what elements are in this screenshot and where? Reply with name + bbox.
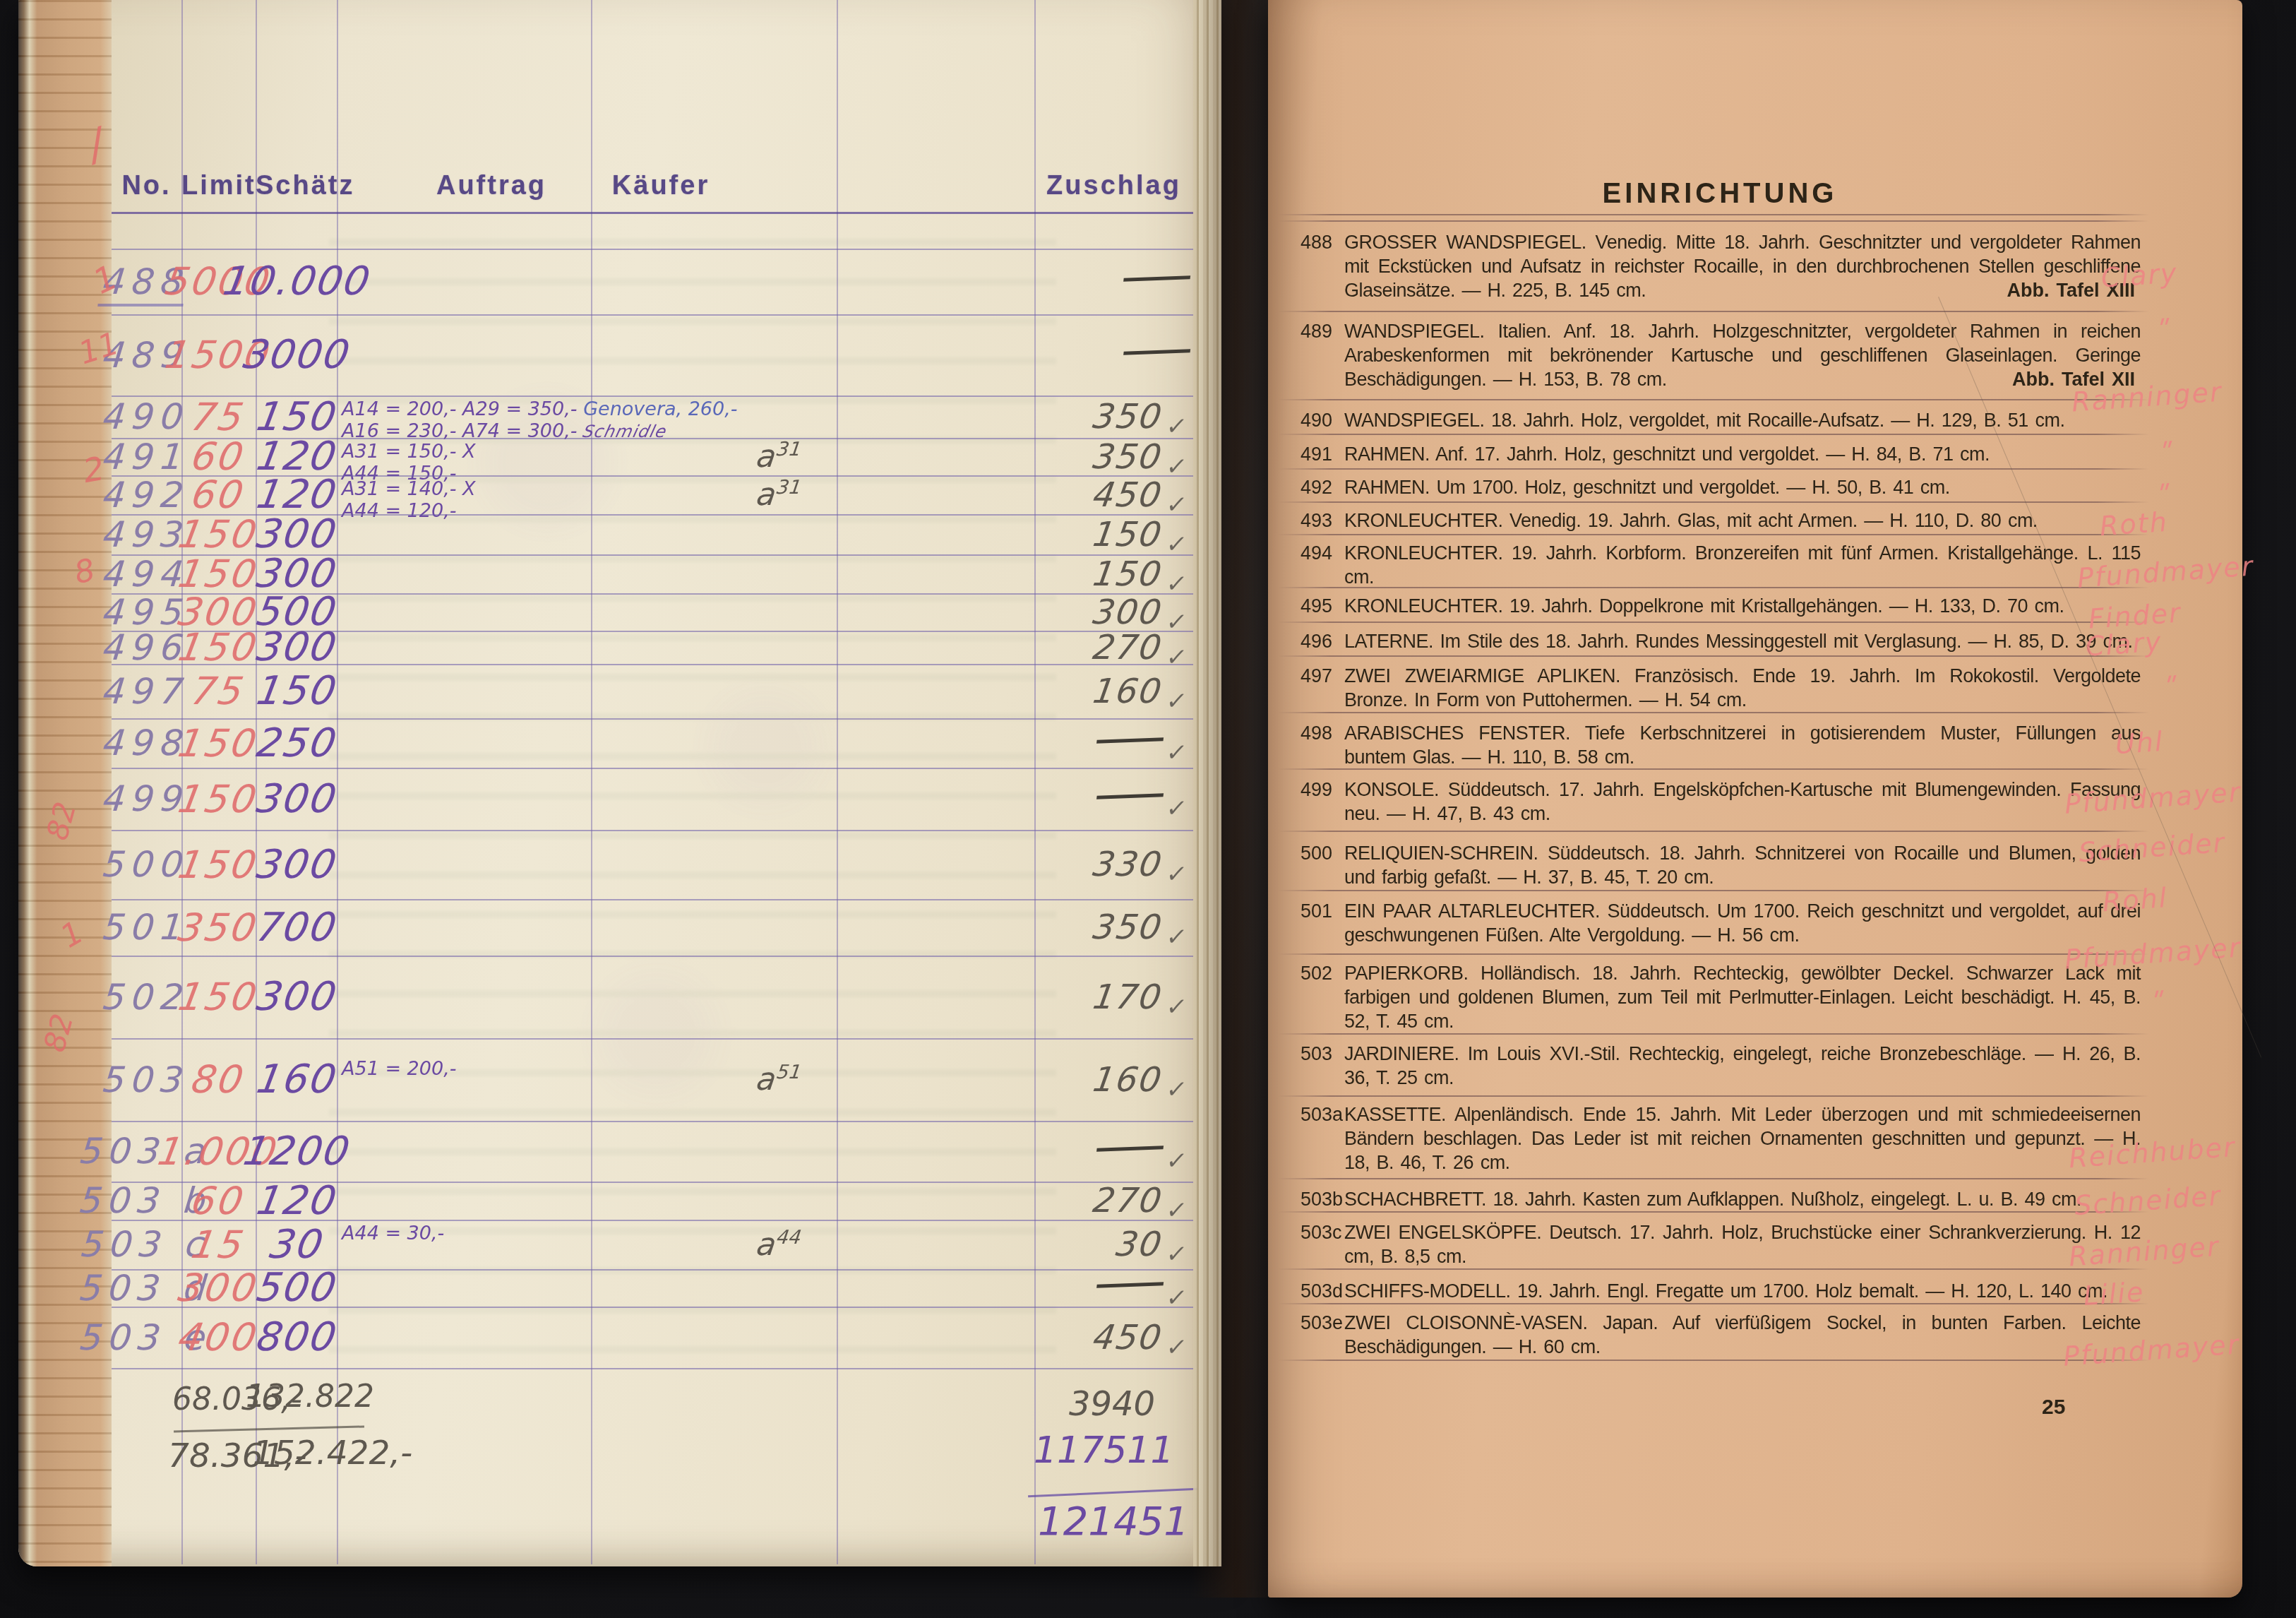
hammer-price: 450✓ bbox=[1046, 475, 1193, 514]
entry-lot-number: 498 bbox=[1301, 721, 1332, 745]
entry-rule bbox=[1278, 434, 2149, 435]
column-header-kufer: Käufer bbox=[583, 171, 739, 201]
estimate-value: 30 bbox=[251, 1220, 343, 1269]
estimate-value: 300 bbox=[249, 830, 345, 899]
limit-value: 350 bbox=[177, 899, 261, 956]
limit-value: 150 bbox=[176, 768, 261, 830]
ledger-row-line bbox=[112, 1368, 1193, 1369]
entry-lot-number: 503a bbox=[1301, 1102, 1343, 1126]
estimate-value: 300 bbox=[250, 768, 345, 830]
catalog-entry: 503cZWEI ENGELSKÖPFE. Deutsch. 17. Jahrh… bbox=[1299, 1220, 2141, 1268]
totals-rule bbox=[174, 1425, 364, 1432]
hammer-price: 270✓ bbox=[1046, 1182, 1193, 1220]
entry-description: KASSETTE. Alpenländisch. Ende 15. Jahrh.… bbox=[1344, 1104, 2141, 1173]
entry-rule bbox=[1278, 534, 2149, 535]
lot-number: 491 bbox=[109, 438, 184, 475]
entry-rule bbox=[1278, 890, 2149, 891]
entry-lot-number: 503b bbox=[1301, 1187, 1343, 1211]
hammer-price: 150✓ bbox=[1046, 554, 1193, 593]
hammer-price: 150✓ bbox=[1045, 514, 1192, 554]
limit-value: 150 bbox=[179, 631, 258, 664]
hammer-price bbox=[1044, 249, 1195, 314]
lot-number: 492 bbox=[109, 475, 184, 514]
no-sale-dash bbox=[1096, 1146, 1164, 1151]
check-mark: ✓ bbox=[1164, 739, 1190, 767]
entry-rule bbox=[1278, 399, 2149, 400]
no-sale-dash bbox=[1123, 275, 1190, 281]
column-total: 132.822 bbox=[246, 1379, 374, 1415]
estimate-value: 10.000 bbox=[250, 249, 345, 314]
entry-description: RAHMEN. Anf. 17. Jahrh. Holz, geschnitzt… bbox=[1344, 444, 1990, 465]
entry-description: SCHACHBRETT. 18. Jahrh. Kasten zum Aufkl… bbox=[1344, 1189, 2081, 1210]
entry-rule bbox=[1278, 1303, 2149, 1304]
zuschlag-total: 3940 bbox=[1069, 1384, 1155, 1424]
buyer-code: a51 bbox=[727, 1038, 830, 1121]
limit-value: 150 bbox=[178, 514, 259, 554]
entry-rule bbox=[1278, 587, 2149, 588]
estimate-value: 3000 bbox=[249, 314, 346, 395]
hammer-price: ✓ bbox=[1044, 1121, 1195, 1182]
buyer-margin-note: ʺ bbox=[2158, 437, 2174, 469]
check-mark: ✓ bbox=[1164, 1240, 1190, 1268]
entry-lot-number: 495 bbox=[1301, 594, 1332, 618]
lot-number: 503 bbox=[107, 1038, 186, 1121]
margin-mark: 8 bbox=[71, 552, 98, 592]
ledger-header-line bbox=[112, 212, 1193, 214]
entry-description: SCHIFFS-MODELL. 19. Jahrh. Engl. Fregatt… bbox=[1344, 1280, 2107, 1302]
entry-lot-number: 496 bbox=[1301, 629, 1332, 653]
lot-number: 503 e bbox=[108, 1307, 184, 1368]
check-mark: ✓ bbox=[1164, 993, 1190, 1021]
zuschlag-total: 117511 bbox=[1034, 1429, 1174, 1472]
check-mark: ✓ bbox=[1164, 1333, 1190, 1362]
entry-lot-number: 503d bbox=[1301, 1279, 1343, 1303]
hammer-price bbox=[1042, 314, 1196, 395]
entry-description: RAHMEN. Um 1700. Holz, geschnitzt und ve… bbox=[1344, 477, 1950, 498]
title-rule bbox=[1278, 220, 2149, 222]
auftrag-segment: Genovera, 260,- bbox=[578, 398, 738, 420]
right-page: EINRICHTUNG 488GROSSER WANDSPIEGEL. Vene… bbox=[1268, 0, 2242, 1598]
catalog-entry: 490WANDSPIEGEL. 18. Jahrh. Holz, vergold… bbox=[1299, 408, 2141, 432]
entry-lot-number: 499 bbox=[1301, 778, 1332, 802]
bid-order-notes: A44 = 30,- bbox=[342, 1223, 444, 1244]
limit-value: 300 bbox=[178, 1269, 258, 1307]
catalog-entry: 497ZWEI ZWEIARMIGE APLIKEN. Französisch.… bbox=[1299, 664, 2141, 712]
hammer-price: ✓ bbox=[1044, 768, 1195, 830]
entry-description: ZWEI CLOISONNÈ-VASEN. Japan. Auf vierfüß… bbox=[1344, 1312, 2141, 1357]
limit-value: 150 bbox=[174, 956, 263, 1038]
hammer-price: 300✓ bbox=[1046, 593, 1192, 631]
hammer-price: 350✓ bbox=[1045, 395, 1193, 438]
hammer-price: ✓ bbox=[1044, 718, 1193, 768]
catalog-entry: 503bSCHACHBRETT. 18. Jahrh. Kasten zum A… bbox=[1299, 1187, 2141, 1211]
entry-lot-number: 503c bbox=[1301, 1220, 1342, 1244]
limit-value: 80 bbox=[174, 1038, 263, 1121]
check-mark: ✓ bbox=[1164, 412, 1190, 441]
left-page: No.LimitSchätzAuftragKäuferZuschlag48850… bbox=[18, 0, 1221, 1566]
entry-lot-number: 503e bbox=[1301, 1311, 1343, 1335]
buyer-margin-note: Roth bbox=[2099, 506, 2169, 542]
no-sale-dash bbox=[1096, 737, 1164, 743]
ledger-column-line bbox=[1034, 0, 1036, 1564]
margin-mark: 82 bbox=[37, 1010, 80, 1055]
margin-mark: 82 bbox=[40, 798, 83, 843]
lot-number: 499 bbox=[108, 768, 184, 830]
catalog-entry: 499KONSOLE. Süddeutsch. 17. Jahrh. Engel… bbox=[1299, 778, 2141, 826]
entry-description: ZWEI ZWEIARMIGE APLIKEN. Französisch. En… bbox=[1344, 665, 2141, 710]
entry-lot-number: 494 bbox=[1301, 541, 1332, 565]
estimate-value: 250 bbox=[251, 718, 343, 768]
catalog-entry: 494KRONLEUCHTER. 19. Jahrh. Korbform. Br… bbox=[1299, 541, 2141, 589]
lot-number: 495 bbox=[109, 593, 184, 631]
lot-number: 500 bbox=[108, 830, 185, 899]
lot-number: 494 bbox=[109, 554, 184, 593]
buyer-code: a31 bbox=[730, 475, 827, 514]
entry-lot-number: 502 bbox=[1301, 961, 1332, 985]
zuschlag-totals-rule bbox=[1028, 1488, 1197, 1497]
buyer-code: a44 bbox=[729, 1220, 828, 1269]
entry-description: PAPIERKORB. Holländisch. 18. Jahrh. Rech… bbox=[1344, 963, 2141, 1032]
check-mark: ✓ bbox=[1164, 795, 1190, 823]
estimate-value: 300 bbox=[253, 631, 342, 664]
hammer-price: 330✓ bbox=[1043, 830, 1195, 899]
entry-description: ZWEI ENGELSKÖPFE. Deutsch. 17. Jahrh. Ho… bbox=[1344, 1222, 2141, 1267]
entry-rule bbox=[1278, 831, 2149, 832]
column-header-schtz: Schätz bbox=[256, 171, 337, 201]
buyer-margin-note: ʺ bbox=[2162, 672, 2178, 703]
buyer-code: a31 bbox=[730, 438, 827, 475]
buyer-margin-note: Lilie bbox=[2083, 1276, 2146, 1311]
entry-description: LATERNE. Im Stile des 18. Jahrh. Rundes … bbox=[1344, 631, 2132, 652]
zuschlag-total: 121451 bbox=[1038, 1499, 1189, 1545]
entry-lot-number: 497 bbox=[1301, 664, 1332, 688]
check-mark: ✓ bbox=[1164, 1147, 1190, 1175]
auftrag-segment: A44 = 30,- bbox=[342, 1223, 444, 1244]
buyer-margin-note: ʺ bbox=[2149, 987, 2165, 1018]
check-mark: ✓ bbox=[1164, 1076, 1190, 1104]
entry-rule bbox=[1278, 311, 2149, 312]
entry-rule bbox=[1278, 1033, 2149, 1035]
limit-value: 15 bbox=[177, 1220, 260, 1269]
ledger-column-line bbox=[837, 0, 838, 1564]
buyer-margin-note: Schneider bbox=[2074, 1180, 2223, 1221]
hammer-price: 160✓ bbox=[1042, 1038, 1197, 1121]
entry-rule bbox=[1278, 1211, 2149, 1213]
catalog-entry: 503dSCHIFFS-MODELL. 19. Jahrh. Engl. Fre… bbox=[1299, 1279, 2141, 1303]
column-header-limit: Limit bbox=[181, 171, 256, 201]
column-header-zuschlag: Zuschlag bbox=[1034, 171, 1193, 201]
limit-value: 60 bbox=[178, 475, 259, 514]
hammer-price: 350✓ bbox=[1044, 899, 1195, 956]
lot-number: 503 d bbox=[109, 1269, 184, 1307]
lot-number: 497 bbox=[109, 664, 184, 718]
limit-value: 150 bbox=[178, 554, 259, 593]
buyer-margin-note: Clary bbox=[2085, 626, 2163, 662]
entry-rule bbox=[1278, 768, 2149, 770]
entry-description: WANDSPIEGEL. 18. Jahrh. Holz, vergoldet,… bbox=[1344, 410, 2064, 431]
column-total: 152.422,- bbox=[253, 1434, 412, 1473]
estimate-value: 500 bbox=[252, 1269, 342, 1307]
entry-rule bbox=[1278, 1360, 2149, 1361]
entry-lot-number: 491 bbox=[1301, 442, 1332, 466]
catalog-section-title: EINRICHTUNG bbox=[1268, 178, 2172, 210]
bid-order-notes: A14 = 200,- A29 = 350,- Genovera, 260,-A… bbox=[342, 398, 738, 443]
limit-value: 400 bbox=[176, 1307, 261, 1368]
buyer-margin-note: Schneider bbox=[2078, 827, 2227, 868]
estimate-value: 120 bbox=[252, 475, 342, 514]
entry-lot-number: 493 bbox=[1301, 508, 1332, 533]
buyer-margin-note: Rohl bbox=[2102, 882, 2169, 917]
lot-number: 493 bbox=[109, 514, 184, 554]
bid-order-notes: A51 = 200,- bbox=[342, 1058, 456, 1080]
lot-number: 503 b bbox=[109, 1182, 184, 1220]
auftrag-segment: A31 = 140,- X bbox=[342, 478, 476, 500]
catalog-entry: 493KRONLEUCHTER. Venedig. 19. Jahrh. Gla… bbox=[1299, 508, 2141, 533]
entry-rule bbox=[1278, 1178, 2149, 1179]
no-sale-dash bbox=[1096, 1282, 1164, 1287]
ledger-table: No.LimitSchätzAuftragKäuferZuschlag48850… bbox=[18, 0, 1221, 1566]
buyer-margin-note: Clary bbox=[2100, 257, 2179, 293]
title-rule bbox=[1278, 214, 2149, 215]
margin-mark: / bbox=[82, 119, 111, 171]
catalog-entry: 501EIN PAAR ALTARLEUCHTER. Süddeutsch. U… bbox=[1299, 899, 2141, 947]
entry-description: KONSOLE. Süddeutsch. 17. Jahrh. Engelskö… bbox=[1344, 779, 2141, 824]
auftrag-segment: A44 = 120,- bbox=[342, 500, 456, 522]
entry-rule bbox=[1278, 1268, 2149, 1270]
check-mark: ✓ bbox=[1164, 923, 1190, 951]
limit-value: 60 bbox=[178, 438, 258, 475]
lot-number: 496 bbox=[110, 631, 184, 664]
hammer-price: 350✓ bbox=[1046, 438, 1192, 475]
lot-number: 501 bbox=[109, 899, 184, 956]
estimate-value: 150 bbox=[251, 664, 344, 718]
margin-mark: 1 bbox=[54, 914, 90, 955]
entry-lot-number: 500 bbox=[1301, 841, 1332, 865]
lot-number: 503 c bbox=[109, 1220, 184, 1269]
estimate-value: 150 bbox=[252, 395, 343, 438]
estimate-value: 300 bbox=[252, 554, 342, 593]
lot-number: 502 bbox=[107, 956, 186, 1038]
catalog-entry: 491RAHMEN. Anf. 17. Jahrh. Holz, geschni… bbox=[1299, 442, 2141, 466]
entry-description: RELIQUIEN-SCHREIN. Süddeutsch. 18. Jahrh… bbox=[1344, 843, 2141, 888]
hammer-price: 30✓ bbox=[1044, 1220, 1193, 1269]
catalog-entry: 492RAHMEN. Um 1700. Holz, geschnitzt und… bbox=[1299, 475, 2141, 499]
lot-number: 498 bbox=[109, 718, 184, 768]
auftrag-segment: Schmidle bbox=[580, 421, 669, 443]
estimate-value: 800 bbox=[250, 1307, 344, 1368]
entry-lot-number: 489 bbox=[1301, 319, 1332, 343]
page-number: 25 bbox=[2042, 1396, 2065, 1420]
estimate-value: 700 bbox=[251, 899, 344, 956]
entry-description: KRONLEUCHTER. Venedig. 19. Jahrh. Glas, … bbox=[1344, 510, 2038, 531]
no-sale-dash bbox=[1096, 793, 1164, 799]
catalog-entry: 503eZWEI CLOISONNÈ-VASEN. Japan. Auf vie… bbox=[1299, 1311, 2141, 1359]
ledger-column-line bbox=[591, 0, 592, 1564]
estimate-value: 160 bbox=[249, 1038, 347, 1121]
entry-lot-number: 488 bbox=[1301, 230, 1332, 254]
entry-description: KRONLEUCHTER. 19. Jahrh. Doppelkrone mit… bbox=[1344, 595, 2064, 617]
entry-rule bbox=[1278, 953, 2149, 955]
entry-rule bbox=[1278, 468, 2149, 470]
entry-description: ARABISCHES FENSTER. Tiefe Kerbschnitzere… bbox=[1344, 722, 2141, 768]
catalog-entry: 502PAPIERKORB. Holländisch. 18. Jahrh. R… bbox=[1299, 961, 2141, 1033]
catalog-entry: 495KRONLEUCHTER. 19. Jahrh. Doppelkrone … bbox=[1299, 594, 2141, 618]
hammer-price: 170✓ bbox=[1042, 956, 1197, 1038]
auftrag-segment: A14 = 200,- A29 = 350,- bbox=[342, 398, 578, 420]
catalog-entry: 496LATERNE. Im Stile des 18. Jahrh. Rund… bbox=[1299, 629, 2141, 653]
estimate-value: 300 bbox=[252, 514, 342, 554]
entry-description: EIN PAAR ALTARLEUCHTER. Süddeutsch. Um 1… bbox=[1344, 900, 2141, 946]
limit-value: 150 bbox=[177, 718, 260, 768]
column-header-auftrag: Auftrag bbox=[414, 171, 569, 201]
limit-value: 75 bbox=[177, 664, 261, 718]
hammer-price: 270✓ bbox=[1046, 631, 1192, 664]
entry-rule bbox=[1278, 655, 2149, 657]
book-scan: No.LimitSchätzAuftragKäuferZuschlag48850… bbox=[0, 0, 2296, 1618]
buyer-margin-note: ʺ bbox=[2155, 314, 2171, 346]
entry-rule bbox=[1278, 1095, 2149, 1097]
entry-rule bbox=[1278, 621, 2149, 623]
auftrag-segment: A31 = 150,- X bbox=[342, 441, 476, 463]
column-header-no: No. bbox=[112, 171, 181, 201]
entry-lot-number: 501 bbox=[1301, 899, 1332, 923]
catalog-entry: 488GROSSER WANDSPIEGEL. Venedig. Mitte 1… bbox=[1299, 230, 2141, 302]
no-sale-dash bbox=[1123, 349, 1190, 355]
limit-value: 75 bbox=[178, 395, 260, 438]
entry-lot-number: 490 bbox=[1301, 408, 1332, 432]
catalog-entry: 498ARABISCHES FENSTER. Tiefe Kerbschnitz… bbox=[1299, 721, 2141, 769]
entry-rule bbox=[1278, 501, 2149, 503]
entry-description: KRONLEUCHTER. 19. Jahrh. Korbform. Bronz… bbox=[1344, 542, 2141, 588]
auftrag-segment: A51 = 200,- bbox=[342, 1058, 456, 1080]
limit-value: 150 bbox=[175, 830, 261, 899]
entry-description: JARDINIERE. Im Louis XVI.-Stil. Rechteck… bbox=[1344, 1043, 2141, 1088]
check-mark: ✓ bbox=[1164, 687, 1190, 715]
catalog-entry: 500RELIQUIEN-SCHREIN. Süddeutsch. 18. Ja… bbox=[1299, 841, 2141, 889]
hammer-price: ✓ bbox=[1046, 1269, 1192, 1307]
hammer-price: 450✓ bbox=[1044, 1307, 1195, 1368]
lot-number: 490 bbox=[109, 395, 184, 438]
entry-lot-number: 492 bbox=[1301, 475, 1332, 499]
estimate-value: 300 bbox=[249, 956, 347, 1038]
estimate-value: 1200 bbox=[250, 1121, 344, 1182]
check-mark: ✓ bbox=[1164, 860, 1190, 888]
entry-rule bbox=[1278, 712, 2149, 713]
entry-lot-number: 503 bbox=[1301, 1042, 1332, 1066]
catalog-entry: 503JARDINIERE. Im Louis XVI.-Stil. Recht… bbox=[1299, 1042, 2141, 1090]
estimate-value: 120 bbox=[252, 438, 342, 475]
catalog-entry: 503aKASSETTE. Alpenländisch. Ende 15. Ja… bbox=[1299, 1102, 2141, 1174]
estimate-value: 120 bbox=[252, 1182, 342, 1220]
hammer-price: 160✓ bbox=[1044, 664, 1194, 718]
catalog-entry: 489WANDSPIEGEL. Italien. Anf. 18. Jahrh.… bbox=[1299, 319, 2141, 391]
limit-value: 60 bbox=[178, 1182, 259, 1220]
